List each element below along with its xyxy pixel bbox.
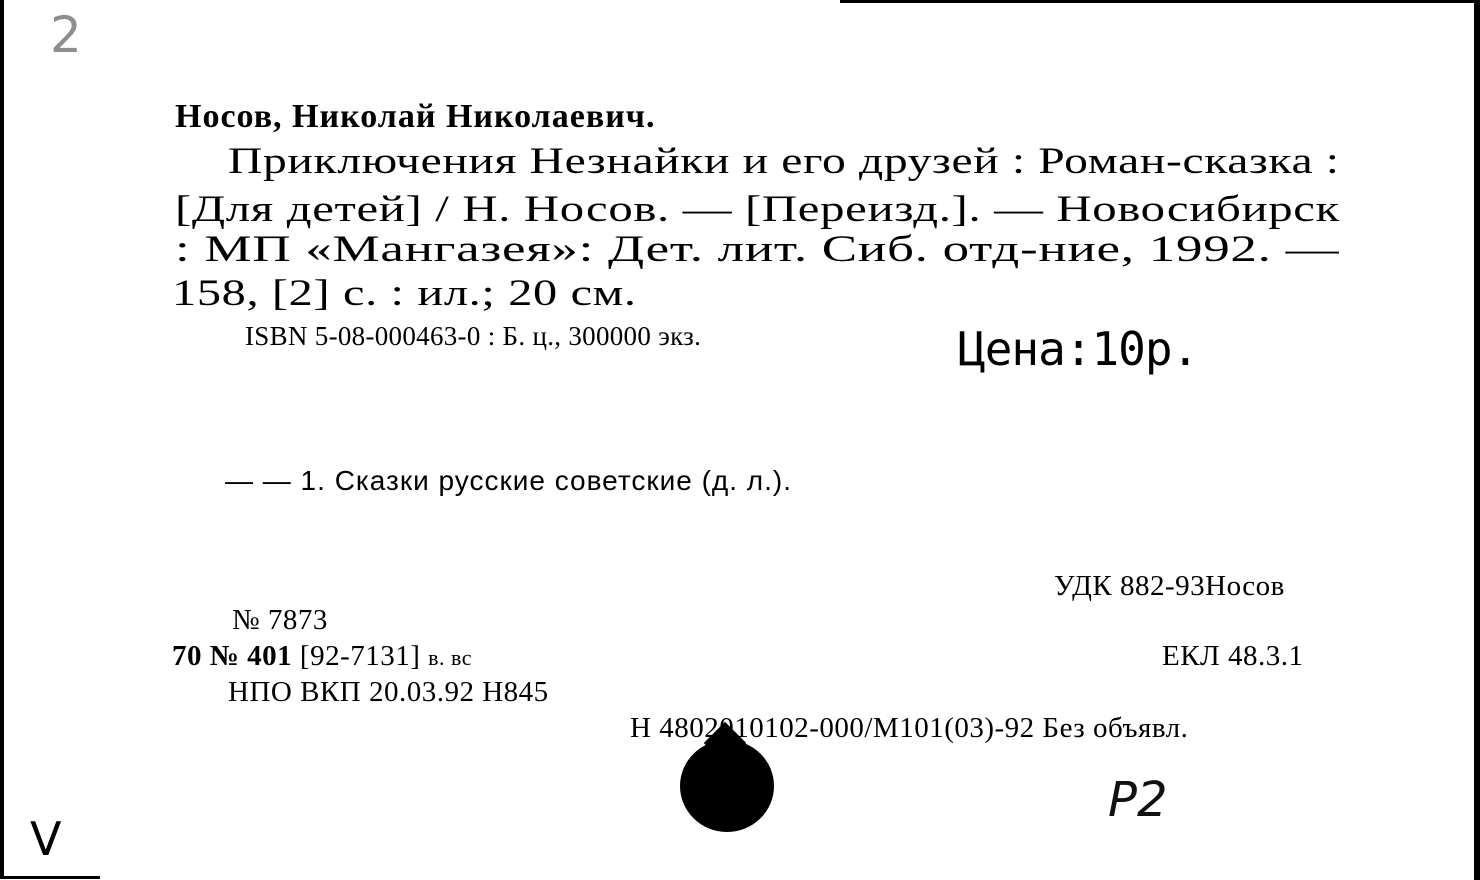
order-code: [92-7131] bbox=[300, 640, 420, 672]
description-line-4: 158, [2] с. : ил.; 20 см. bbox=[172, 275, 637, 312]
ekl-code: ЕКЛ 48.3.1 bbox=[1162, 642, 1303, 671]
description-line-3: : МП «Мангазея»: Дет. лит. Сиб. отд-ние,… bbox=[175, 231, 1339, 268]
udk-code: УДК 882-93Носов bbox=[1054, 572, 1285, 601]
npo-line: НПО ВКП 20.03.92 Н845 bbox=[228, 678, 549, 707]
description-line-2: [Для детей] / Н. Носов. — [Переизд.]. — … bbox=[175, 191, 1340, 228]
isbn-line: ISBN 5-08-000463-0 : Б. ц., 300000 экз. bbox=[245, 323, 701, 350]
checkmark-handwritten: V bbox=[30, 816, 61, 862]
punch-hole-icon bbox=[680, 740, 774, 832]
author-heading: Носов, Николай Николаевич. bbox=[175, 100, 655, 134]
order-line: 70 № 401 [92-7131] в. вс bbox=[172, 642, 472, 671]
corner-handwritten-mark: 2 bbox=[50, 10, 82, 60]
card-edge-bottom bbox=[0, 876, 100, 879]
card-edge-top bbox=[840, 0, 1480, 3]
record-number: № 7873 bbox=[232, 606, 328, 635]
card-edge-right bbox=[1474, 0, 1480, 880]
price-stamp: Цена:10р. bbox=[958, 326, 1198, 372]
description-line-1: Приключения Незнайки и его друзей : Рома… bbox=[228, 143, 1340, 180]
order-suffix: в. вс bbox=[428, 645, 472, 670]
shelf-mark-handwritten: Р2 bbox=[1108, 776, 1167, 824]
order-number: 70 № 401 bbox=[172, 640, 292, 672]
catalog-card: 2 Носов, Николай Николаевич. Приключения… bbox=[0, 0, 1480, 880]
card-edge-left bbox=[0, 0, 4, 878]
subject-heading: — — 1. Сказки русские советские (д. л.). bbox=[225, 467, 792, 495]
